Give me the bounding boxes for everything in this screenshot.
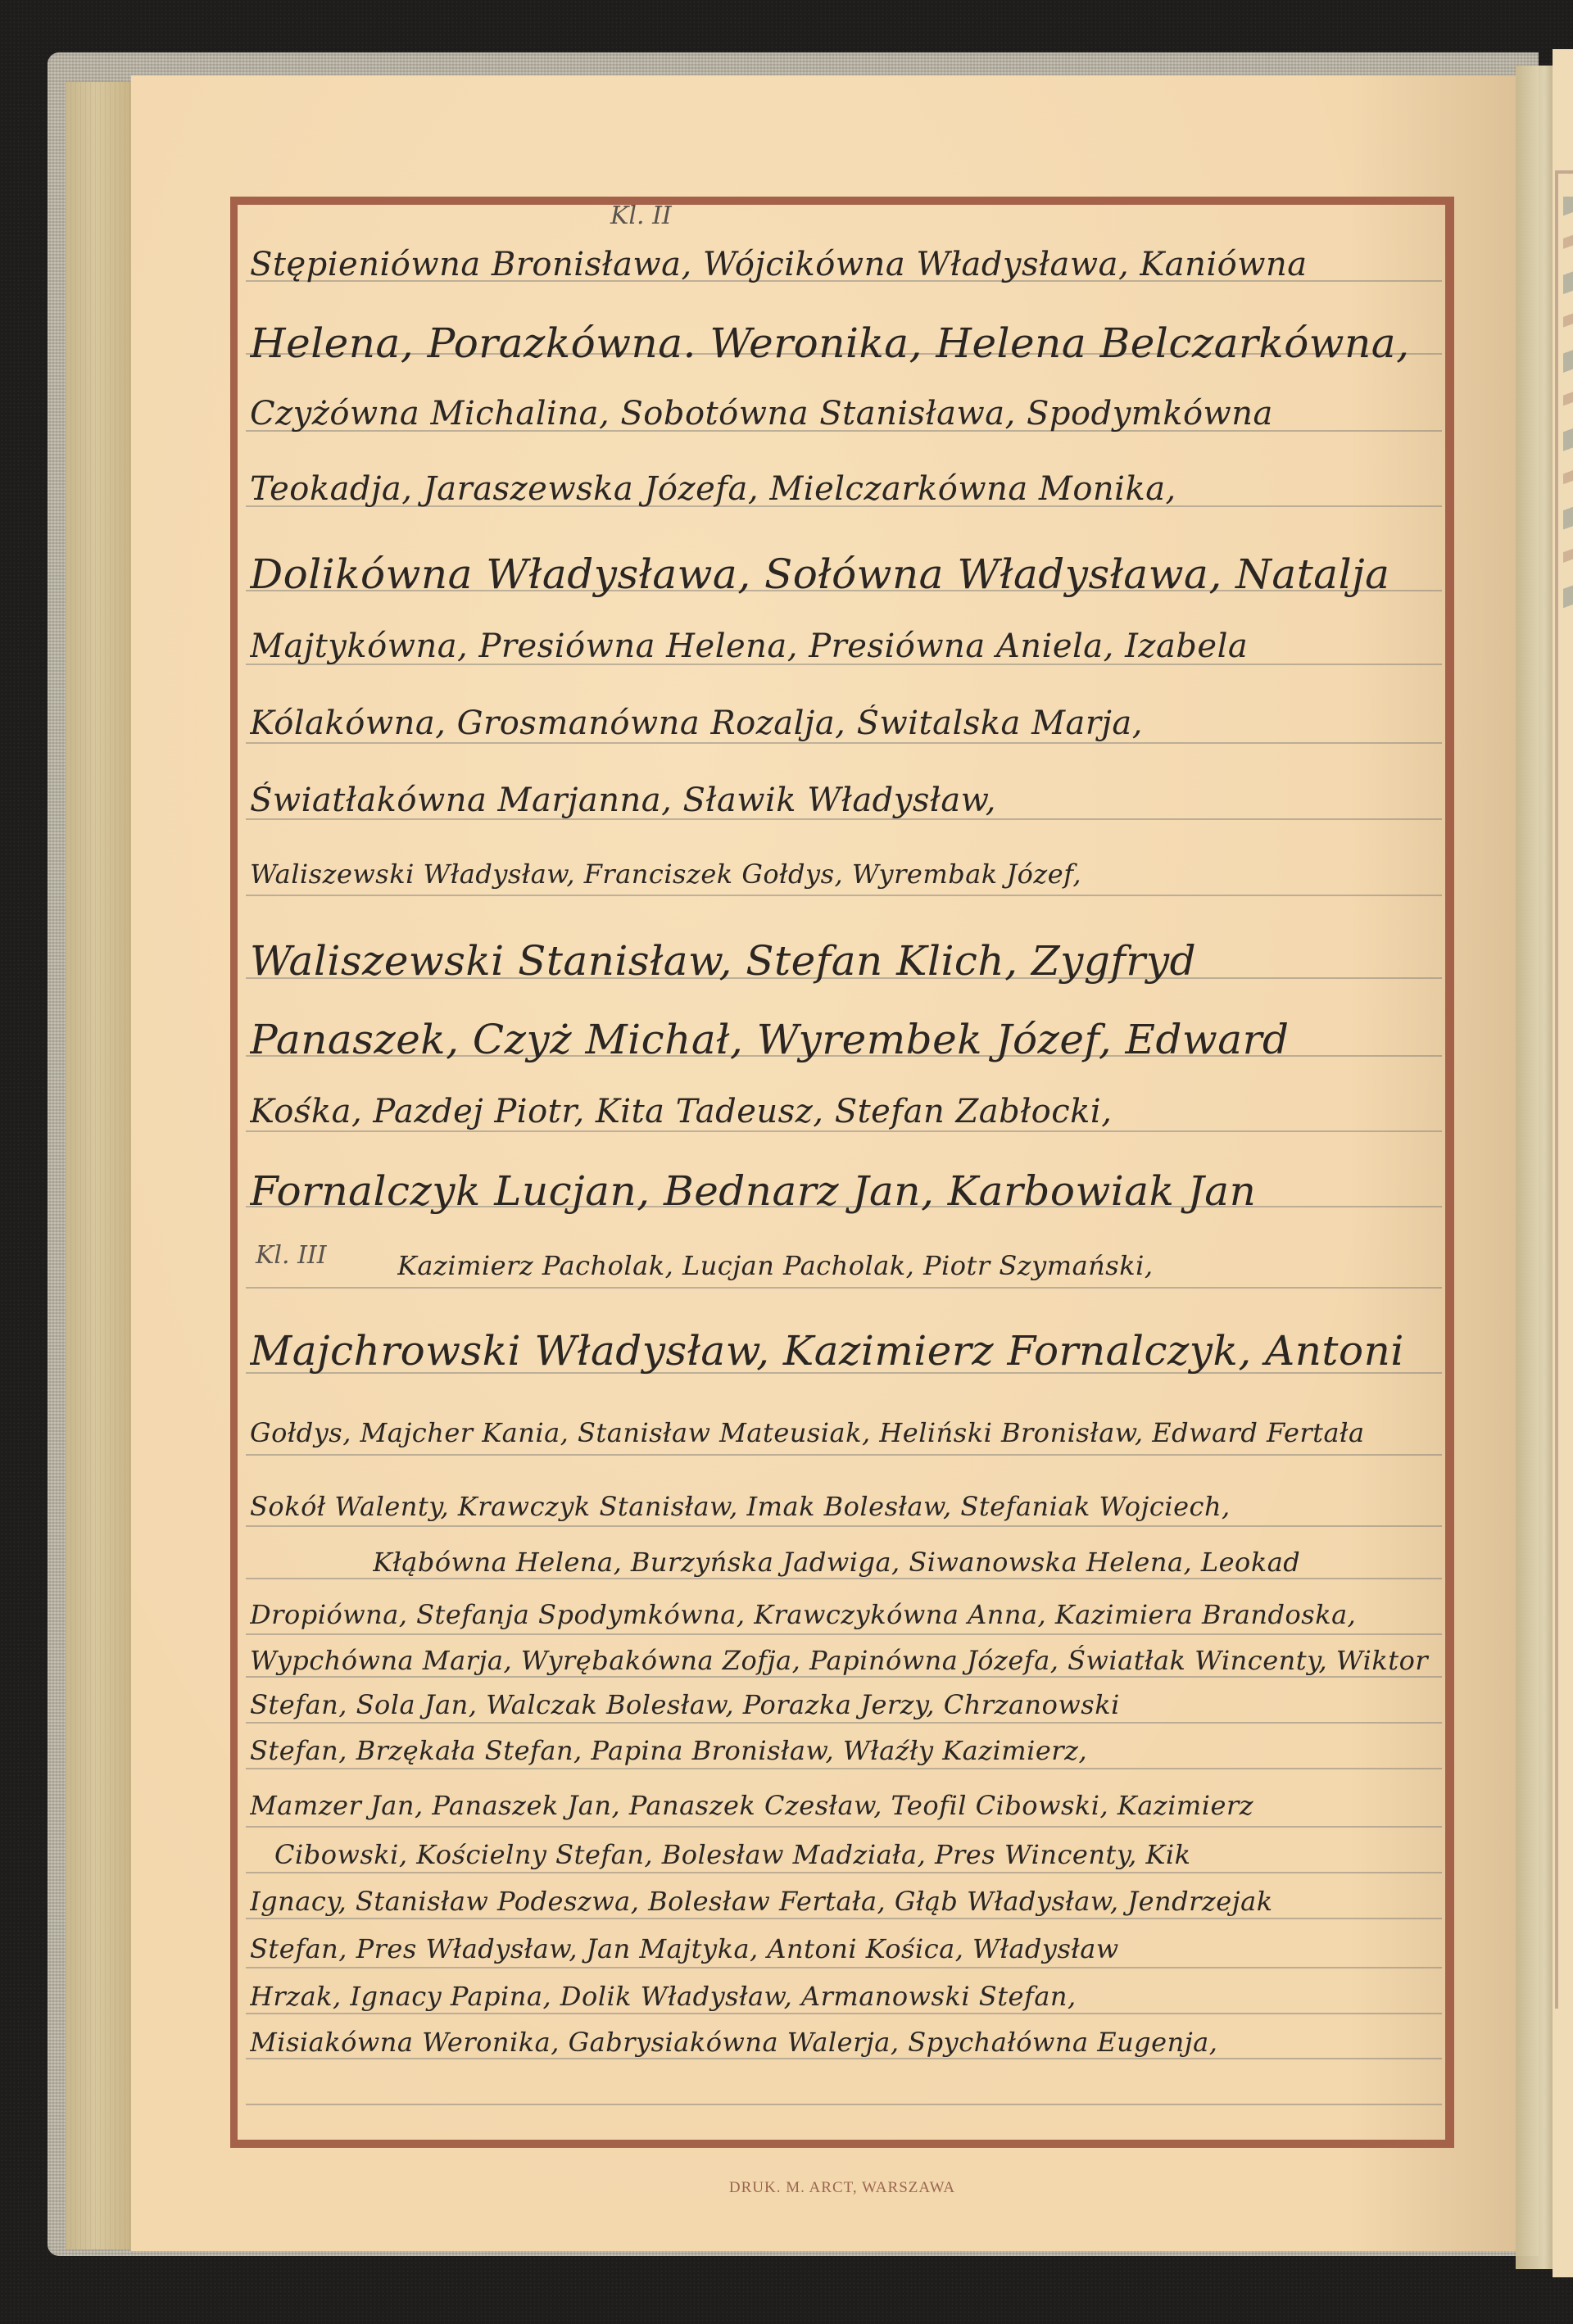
handwritten-line: Ignacy, Stanisław Podeszwa, Bolesław Fer… bbox=[250, 1886, 1442, 1917]
ruled-line bbox=[246, 1768, 1442, 1769]
ruled-line bbox=[246, 2013, 1442, 2014]
handwritten-line: Stępieniówna Bronisława, Wójcikówna Wład… bbox=[250, 246, 1442, 283]
section-label-kl-iii: Kl. III bbox=[256, 1241, 327, 1270]
handwritten-line: Kólakówna, Grosmanówna Rozalja, Świtalsk… bbox=[250, 704, 1442, 742]
handwritten-line: Helena, Porazkówna. Weronika, Helena Bel… bbox=[250, 319, 1442, 367]
handwritten-line: Waliszewski Władysław, Franciszek Gołdys… bbox=[250, 858, 1442, 890]
handwritten-line: Kazimierz Pacholak, Lucjan Pacholak, Pio… bbox=[397, 1250, 1573, 1281]
ruled-line bbox=[246, 895, 1442, 896]
ruled-line bbox=[246, 1872, 1442, 1873]
ruled-line bbox=[246, 1722, 1442, 1724]
handwritten-line: Kośka, Pazdej Piotr, Kita Tadeusz, Stefa… bbox=[250, 1093, 1442, 1130]
handwritten-line: Gołdys, Majcher Kania, Stanisław Mateusi… bbox=[250, 1417, 1442, 1448]
ruled-line bbox=[246, 1525, 1442, 1527]
ruled-line bbox=[246, 742, 1442, 744]
ruled-line bbox=[246, 1578, 1442, 1579]
handwritten-line: Misiakówna Weronika, Gabrysiakówna Waler… bbox=[250, 2027, 1442, 2058]
section-label-kl-ii: Kl. II bbox=[610, 202, 672, 230]
ruled-line bbox=[246, 2058, 1442, 2059]
handwritten-line: Wypchówna Marja, Wyrębakówna Zofja, Papi… bbox=[250, 1645, 1442, 1676]
handwritten-line: Dolikówna Władysława, Sołówna Władysława… bbox=[250, 550, 1442, 598]
handwritten-line: Stefan, Pres Władysław, Jan Majtyka, Ant… bbox=[250, 1933, 1442, 1964]
handwritten-line: Dropiówna, Stefanja Spodymkówna, Krawczy… bbox=[250, 1599, 1442, 1630]
ruled-line bbox=[246, 1967, 1442, 1968]
printer-imprint: DRUK. M. ARCT, WARSZAWA bbox=[0, 2179, 1573, 2197]
handwritten-line: Sokół Walenty, Krawczyk Stanisław, Imak … bbox=[250, 1491, 1442, 1522]
ruled-line bbox=[246, 1287, 1442, 1289]
ruled-line bbox=[246, 1454, 1442, 1456]
ruled-line bbox=[246, 1918, 1442, 1919]
ruled-line bbox=[246, 1130, 1442, 1132]
handwritten-line: Cibowski, Kościelny Stefan, Bolesław Mad… bbox=[274, 1839, 1466, 1870]
ruled-line bbox=[246, 1633, 1442, 1635]
handwritten-line: Mamzer Jan, Panaszek Jan, Panaszek Czesł… bbox=[250, 1790, 1442, 1821]
facing-page-ornament bbox=[1563, 197, 1573, 623]
handwritten-line: Teokadja, Jaraszewska Józefa, Mielczarkó… bbox=[250, 470, 1442, 508]
handwritten-line: Czyżówna Michalina, Sobotówna Stanisława… bbox=[250, 395, 1442, 433]
handwritten-line: Stefan, Sola Jan, Walczak Bolesław, Pora… bbox=[250, 1689, 1442, 1720]
handwritten-line: Majtykówna, Presiówna Helena, Presiówna … bbox=[250, 627, 1442, 665]
handwritten-line: Światłakówna Marjanna, Sławik Władysław, bbox=[250, 781, 1442, 819]
handwritten-line: Fornalczyk Lucjan, Bednarz Jan, Karbowia… bbox=[250, 1167, 1442, 1215]
handwritten-line: Majchrowski Władysław, Kazimierz Fornalc… bbox=[250, 1327, 1442, 1375]
ruled-line bbox=[246, 2104, 1442, 2105]
handwritten-line: Waliszewski Stanisław, Stefan Klich, Zyg… bbox=[250, 937, 1442, 985]
handwritten-line: Hrzak, Ignacy Papina, Dolik Władysław, A… bbox=[250, 1981, 1442, 2012]
ruled-line bbox=[246, 1676, 1442, 1678]
page-edges bbox=[66, 82, 133, 2249]
handwritten-line: Stefan, Brzękała Stefan, Papina Bronisła… bbox=[250, 1735, 1442, 1766]
handwritten-line: Kłąbówna Helena, Burzyńska Jadwiga, Siwa… bbox=[373, 1547, 1565, 1578]
handwritten-line: Panaszek, Czyż Michał, Wyrembek Józef, E… bbox=[250, 1016, 1442, 1063]
ruled-line bbox=[246, 1826, 1442, 1828]
